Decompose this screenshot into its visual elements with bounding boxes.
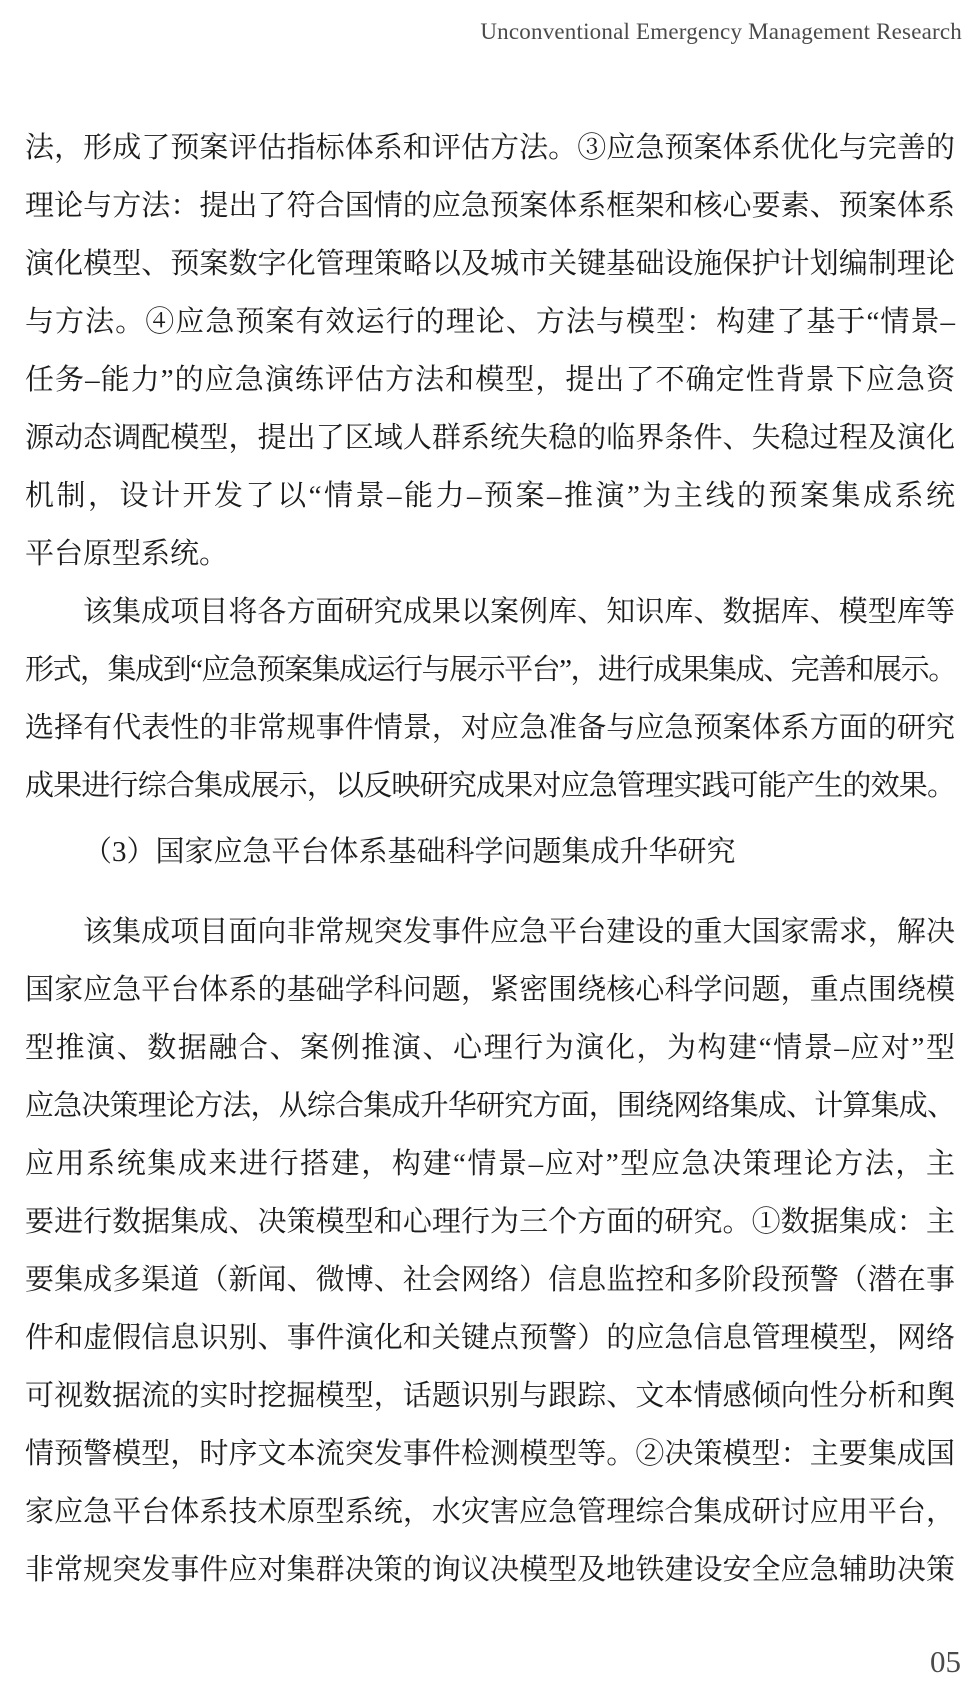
- text-line: 演化模型、预案数字化管理策略以及城市关键基础设施保护计划编制理论: [25, 235, 955, 293]
- document-page: Unconventional Emergency Management Rese…: [0, 0, 977, 1697]
- section-heading: （3）国家应急平台体系基础科学问题集成升华研究: [25, 823, 955, 881]
- text-line: 该集成项目面向非常规突发事件应急平台建设的重大国家需求，解决: [25, 903, 955, 961]
- paragraph-1: 法，形成了预案评估指标体系和评估方法。③应急预案体系优化与完善的 理论与方法：提…: [25, 119, 955, 583]
- text-line: 要集成多渠道（新闻、微博、社会网络）信息监控和多阶段预警（潜在事: [25, 1251, 955, 1309]
- text-line: 形式，集成到“应急预案集成运行与展示平台”，进行成果集成、完善和展示。: [25, 641, 955, 699]
- text-line: 成果进行综合集成展示，以反映研究成果对应急管理实践可能产生的效果。: [25, 757, 955, 815]
- text-line: 型推演、数据融合、案例推演、心理行为演化，为构建“情景–应对”型: [25, 1019, 955, 1077]
- text-line: 可视数据流的实时挖掘模型，话题识别与跟踪、文本情感倾向性分析和舆: [25, 1367, 955, 1425]
- paragraph-3: 该集成项目面向非常规突发事件应急平台建设的重大国家需求，解决 国家应急平台体系的…: [25, 903, 955, 1599]
- text-line: 情预警模型，时序文本流突发事件检测模型等。②决策模型：主要集成国: [25, 1425, 955, 1483]
- running-head: Unconventional Emergency Management Rese…: [480, 19, 962, 45]
- text-line: 应急决策理论方法，从综合集成升华研究方面，围绕网络集成、计算集成、: [25, 1077, 955, 1135]
- text-line: 要进行数据集成、决策模型和心理行为三个方面的研究。①数据集成：主: [25, 1193, 955, 1251]
- text-line: 任务–能力”的应急演练评估方法和模型，提出了不确定性背景下应急资: [25, 351, 955, 409]
- text-line: 非常规突发事件应对集群决策的询议决模型及地铁建设安全应急辅助决策: [25, 1541, 955, 1599]
- text-line: 选择有代表性的非常规事件情景，对应急准备与应急预案体系方面的研究: [25, 699, 955, 757]
- text-line: 平台原型系统。: [25, 525, 955, 583]
- text-line: 源动态调配模型，提出了区域人群系统失稳的临界条件、失稳过程及演化: [25, 409, 955, 467]
- paragraph-2: 该集成项目将各方面研究成果以案例库、知识库、数据库、模型库等 形式，集成到“应急…: [25, 583, 955, 815]
- page-body: 法，形成了预案评估指标体系和评估方法。③应急预案体系优化与完善的 理论与方法：提…: [25, 119, 955, 1599]
- text-line: 该集成项目将各方面研究成果以案例库、知识库、数据库、模型库等: [25, 583, 955, 641]
- text-line: 理论与方法：提出了符合国情的应急预案体系框架和核心要素、预案体系: [25, 177, 955, 235]
- page-number: 05: [930, 1644, 961, 1680]
- text-line: 国家应急平台体系的基础学科问题，紧密围绕核心科学问题，重点围绕模: [25, 961, 955, 1019]
- text-line: 机制，设计开发了以“情景–能力–预案–推演”为主线的预案集成系统: [25, 467, 955, 525]
- text-line: 应用系统集成来进行搭建，构建“情景–应对”型应急决策理论方法，主: [25, 1135, 955, 1193]
- text-line: 件和虚假信息识别、事件演化和关键点预警）的应急信息管理模型，网络: [25, 1309, 955, 1367]
- text-line: 与方法。④应急预案有效运行的理论、方法与模型：构建了基于“情景–: [25, 293, 955, 351]
- text-line: 法，形成了预案评估指标体系和评估方法。③应急预案体系优化与完善的: [25, 119, 955, 177]
- text-line: 家应急平台体系技术原型系统，水灾害应急管理综合集成研讨应用平台，: [25, 1483, 955, 1541]
